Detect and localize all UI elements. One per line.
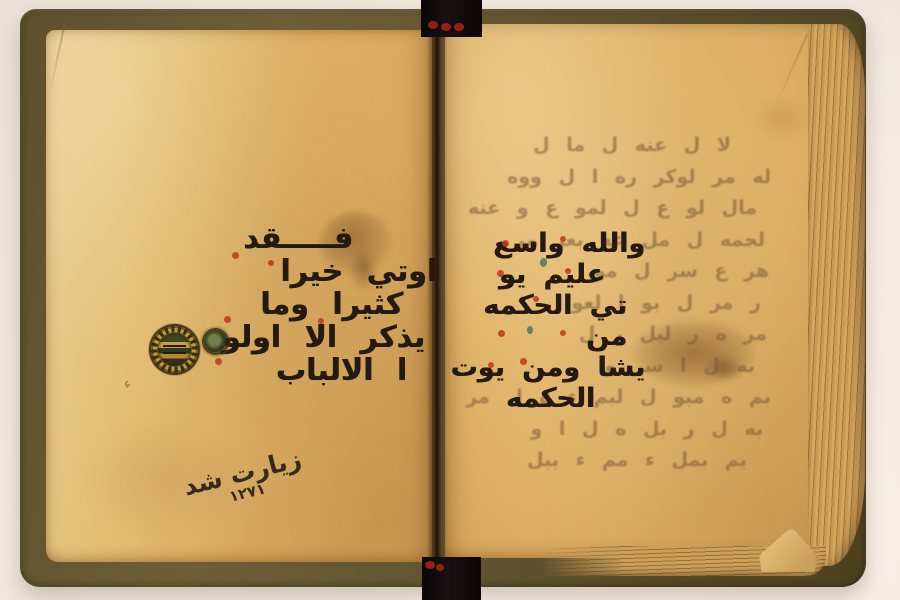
- kufic-line: ا الالباب: [192, 354, 437, 387]
- kufic-line: الحكمه: [450, 383, 645, 414]
- vocalization-dot: [502, 240, 509, 247]
- vocalization-dot: [565, 268, 571, 274]
- endband-red-stitch: [428, 21, 438, 29]
- manuscript-book: فـــــقد اوتي خيرا كثيرا وما يذكر الا او…: [20, 9, 866, 587]
- endband-red-stitch: [436, 564, 444, 571]
- vocalization-dot: [318, 318, 324, 324]
- faded-line: بم بمل ء مم ء ببل: [459, 445, 771, 477]
- left-page: فـــــقد اوتي خيرا كثيرا وما يذكر الا او…: [46, 30, 432, 562]
- right-page-text-block: والله واسع عليم يو تي الحكمه من يشا ومن …: [450, 228, 645, 414]
- vocalization-dot: [560, 330, 566, 336]
- vocalization-dot: [232, 252, 239, 259]
- ownership-inscription: زيارت شد ۱۲۷۱: [180, 444, 307, 516]
- corner-crease: [49, 25, 66, 96]
- right-page: لا ل عنه ل ما ل له مر لوكر ره ا ل ووه ما…: [445, 24, 815, 558]
- vocalization-dot: [520, 358, 527, 365]
- faded-line: لا ل عنه ل ما ل: [459, 130, 771, 162]
- vocalization-dot: [488, 362, 494, 368]
- green-speck: [527, 326, 533, 334]
- vocalization-dot: [215, 358, 222, 365]
- marginal-mark: ء: [121, 375, 133, 392]
- vocalization-dot: [560, 236, 566, 242]
- spine-gutter: [427, 22, 447, 578]
- photo-background: فـــــقد اوتي خيرا كثيرا وما يذكر الا او…: [0, 0, 900, 600]
- vocalization-dot: [268, 260, 274, 266]
- cradle-strap-bottom: [422, 557, 481, 600]
- kufic-line: فـــــقد: [192, 222, 437, 255]
- faded-line: مال لو ع ل لمو ع و عنه: [459, 193, 771, 225]
- kufic-line: والله واسع: [450, 228, 645, 259]
- kufic-line: عليم يو: [450, 259, 645, 290]
- vocalization-dot: [497, 270, 504, 277]
- endband-red-stitch: [441, 23, 451, 31]
- green-speck: [540, 258, 547, 267]
- kufic-line: تي الحكمه من: [450, 290, 645, 352]
- medallion-core: [158, 333, 191, 366]
- corner-crease: [773, 33, 808, 109]
- gold-rosette-medallion: [151, 326, 198, 373]
- endband-red-stitch: [425, 561, 435, 569]
- left-page-text-block: فـــــقد اوتي خيرا كثيرا وما يذكر الا او…: [192, 222, 437, 387]
- cradle-strap-top: [421, 0, 482, 37]
- kufic-line: اوتي خيرا: [192, 255, 437, 288]
- faded-line: به ل ر بل ه ل ا و: [459, 414, 771, 446]
- faded-line: له مر لوكر ره ا ل ووه: [459, 162, 771, 194]
- green-seal-circle: [204, 330, 227, 353]
- kufic-line: يشا ومن يوت: [450, 352, 645, 383]
- vocalization-dot: [533, 296, 539, 302]
- endband-red-stitch: [454, 23, 464, 31]
- page-edges-fore-edge: [808, 24, 865, 566]
- vocalization-dot: [224, 316, 231, 323]
- vocalization-dot: [498, 330, 505, 337]
- kufic-line: يذكر الا اولو: [192, 321, 437, 354]
